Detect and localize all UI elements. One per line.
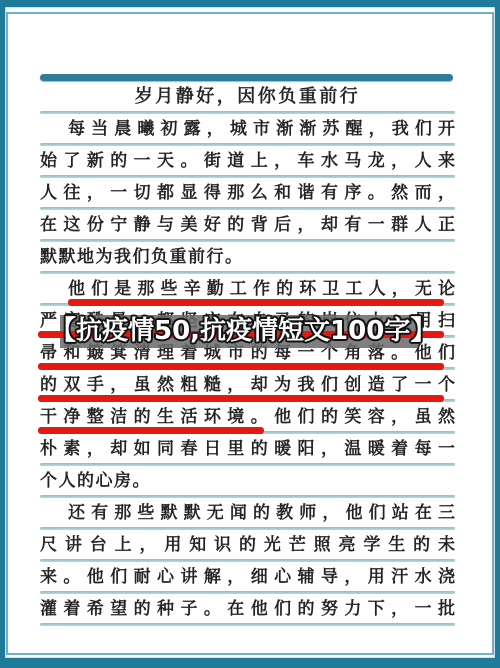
- ruled-line: [40, 175, 455, 178]
- text-line: 尺讲台上，用知识的光芒照亮学生的未: [40, 532, 455, 558]
- ruled-line: [40, 623, 455, 626]
- text-line: 朴素，却如同春日里的暖阳，温暖着每一: [40, 436, 455, 462]
- text-line: 人往，一切都显得那么和谐有序。然而，: [40, 180, 455, 206]
- text-line: 每当晨曦初露，城市渐渐苏醒，我们开: [40, 116, 455, 142]
- text-line: 在这份宁静与美好的背后，却有一群人正: [40, 212, 455, 238]
- ruled-line: [40, 111, 455, 114]
- ruled-line: [40, 495, 455, 498]
- paper: 岁月静好，因你负重前行 【抗疫情50,抗疫情短文100字】 每当晨曦初露，城市渐…: [0, 0, 500, 668]
- page-title: 岁月静好，因你负重前行: [40, 84, 455, 110]
- red-underline: [68, 299, 444, 306]
- caption-overlay-text: 【抗疫情50,抗疫情短文100字】: [50, 311, 428, 351]
- text-line: 灌着希望的种子。在他们的努力下，一批: [40, 596, 455, 622]
- heavy-divider-line: [40, 74, 453, 81]
- ruled-line: [40, 207, 455, 210]
- text-line: 默默地为我们负重前行。: [40, 244, 455, 270]
- red-underline: [38, 363, 444, 370]
- ruled-line: [40, 527, 455, 530]
- ruled-line: [40, 463, 455, 466]
- red-underline: [38, 395, 444, 402]
- ruled-line: [40, 143, 455, 146]
- ruled-line: [40, 591, 455, 594]
- red-underline: [38, 427, 264, 434]
- text-line: 个人的心房。: [40, 468, 455, 494]
- ruled-line: [40, 239, 455, 242]
- text-line: 还有那些默默无闻的教师，他们站在三: [40, 500, 455, 526]
- ruled-line: [40, 271, 455, 274]
- text-line: 始了新的一天。街道上，车水马龙，人来: [40, 148, 455, 174]
- ruled-line: [40, 559, 455, 562]
- text-line: 来。他们耐心讲解，细心辅导，用汗水浇: [40, 564, 455, 590]
